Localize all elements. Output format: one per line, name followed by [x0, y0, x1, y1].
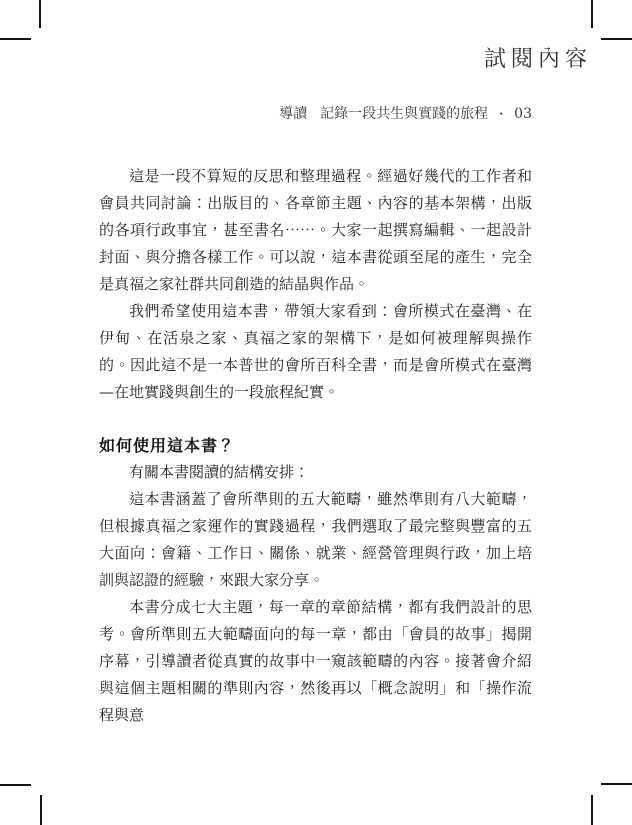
running-header-page-number: 03 [514, 106, 532, 122]
crop-mark-top-left-vertical [39, 0, 41, 28]
running-header-chapter-title: 記錄一段共生與實踐的旅程 [320, 106, 488, 122]
paragraph-book-purpose: 我們希望使用這本書，帶領大家看到：會所模式在臺灣、在伊甸、在活泉之家、真福之家的… [99, 298, 532, 406]
crop-mark-bottom-left-vertical [40, 795, 42, 825]
paragraph-structure-intro: 有關本書閱讀的結構安排： [99, 459, 532, 486]
paragraph-reflection-process: 這是一段不算短的反思和整理過程。經過好幾代的工作者和會員共同討論：出版目的、各章… [99, 163, 532, 298]
crop-mark-top-right-horizontal [601, 38, 632, 40]
crop-mark-top-right-vertical [591, 0, 593, 28]
crop-mark-top-left-horizontal [0, 38, 31, 40]
crop-mark-bottom-right-vertical [591, 795, 593, 825]
running-header: 導讀記錄一段共生與實踐的旅程・03 [99, 103, 532, 123]
section-heading-how-to-use: 如何使用這本書？ [99, 432, 532, 459]
running-header-section-label: 導讀 [279, 106, 307, 122]
preview-content-label: 試閱內容 [484, 42, 592, 73]
crop-mark-bottom-right-horizontal [601, 783, 632, 785]
body-text-column: 這是一段不算短的反思和整理過程。經過好幾代的工作者和會員共同討論：出版目的、各章… [99, 163, 532, 729]
crop-mark-bottom-left-horizontal [0, 784, 31, 786]
running-header-separator-dot: ・ [495, 107, 507, 121]
paragraph-five-domains: 這本書涵蓋了會所準則的五大範疇，雖然準則有八大範疇，但根據真福之家運作的實踐過程… [99, 486, 532, 594]
book-preview-page: 試閱內容 導讀記錄一段共生與實踐的旅程・03 這是一段不算短的反思和整理過程。經… [0, 0, 632, 825]
paragraph-seven-themes: 本書分成七大主題，每一章的章節結構，都有我們設計的思考。會所準則五大範疇面向的每… [99, 594, 532, 729]
